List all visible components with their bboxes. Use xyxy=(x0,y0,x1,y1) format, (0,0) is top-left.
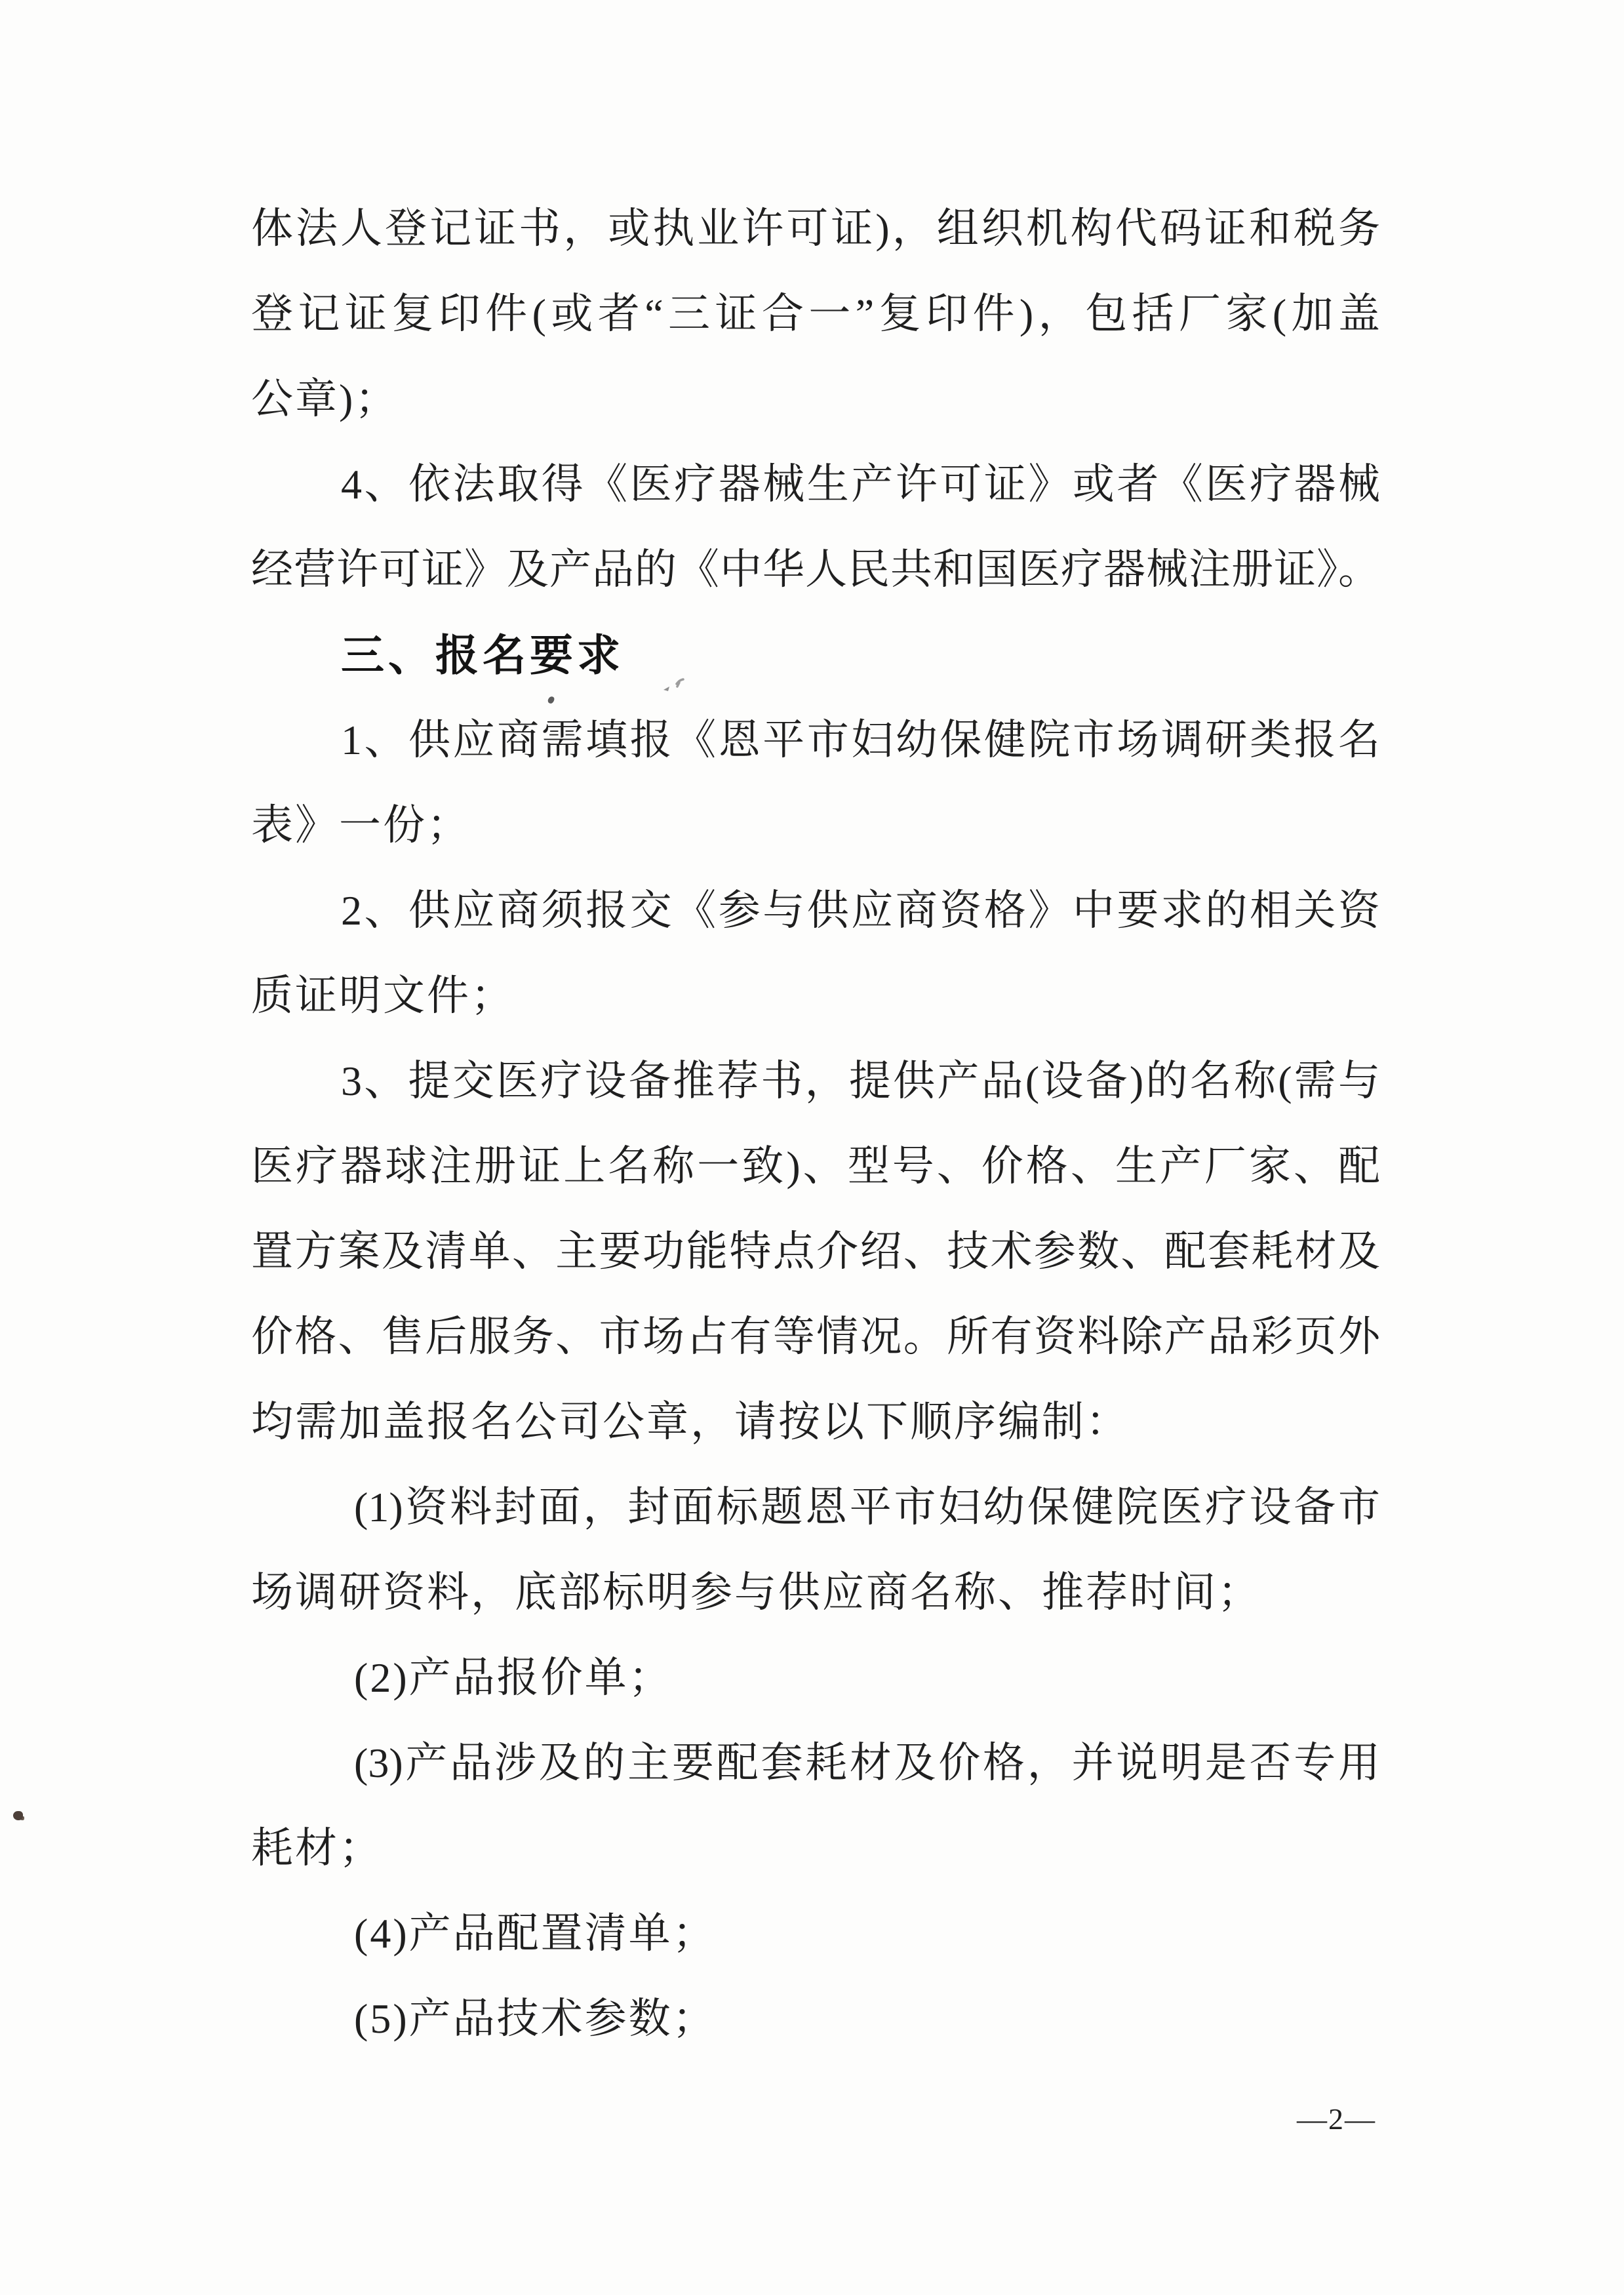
doc-line: (4)产品配置清单； xyxy=(251,1891,1380,1976)
paper-speck-mark xyxy=(13,1811,23,1820)
doc-line: 置方案及清单、主要功能特点介绍、技术参数、配套耗材及 xyxy=(251,1209,1380,1294)
doc-line: 价格、售后服务、市场占有等情况。所有资料除产品彩页外 xyxy=(251,1294,1380,1380)
doc-line: 公章)； xyxy=(251,357,1380,442)
doc-line: 耗材； xyxy=(251,1806,1380,1891)
doc-line: 3、提交医疗设备推荐书，提供产品(设备)的名称(需与 xyxy=(251,1039,1380,1124)
doc-line: 医疗器球注册证上名称一致)、型号、价格、生产厂家、配 xyxy=(251,1124,1380,1209)
doc-line: (2)产品报价单； xyxy=(251,1635,1380,1721)
doc-line: 经营许可证》及产品的《中华人民共和国医疗器械注册证》。 xyxy=(251,527,1380,612)
pencil-scribble-mark xyxy=(657,675,687,699)
doc-line: 2、供应商须报交《参与供应商资格》中要求的相关资 xyxy=(251,868,1380,953)
doc-line: 质证明文件； xyxy=(251,953,1380,1039)
doc-line: 表》一份； xyxy=(251,783,1380,868)
scanned-document-page: 体法人登记证书，或执业许可证)，组织机构代码证和税务 登记证复印件(或者“三证合… xyxy=(0,0,1624,2295)
doc-line: 均需加盖报名公司公章，请按以下顺序编制： xyxy=(251,1380,1380,1465)
page-number: —2— xyxy=(1297,2102,1376,2136)
doc-line: 体法人登记证书，或执业许可证)，组织机构代码证和税务 xyxy=(251,186,1380,271)
doc-line: (1)资料封面，封面标题恩平市妇幼保健院医疗设备市 xyxy=(251,1465,1380,1550)
doc-line: 场调研资料，底部标明参与供应商名称、推荐时间； xyxy=(251,1550,1380,1635)
document-body: 体法人登记证书，或执业许可证)，组织机构代码证和税务 登记证复印件(或者“三证合… xyxy=(251,186,1380,2062)
doc-line: 4、依法取得《医疗器械生产许可证》或者《医疗器械 xyxy=(251,442,1380,527)
section-heading: 三、报名要求 xyxy=(251,612,1380,698)
doc-line: 登记证复印件(或者“三证合一”复印件)，包括厂家(加盖 xyxy=(251,271,1380,357)
doc-line: (3)产品涉及的主要配套耗材及价格，并说明是否专用 xyxy=(251,1721,1380,1806)
doc-line: 1、供应商需填报《恩平市妇幼保健院市场调研类报名 xyxy=(251,698,1380,783)
doc-line: (5)产品技术参数； xyxy=(251,1976,1380,2062)
